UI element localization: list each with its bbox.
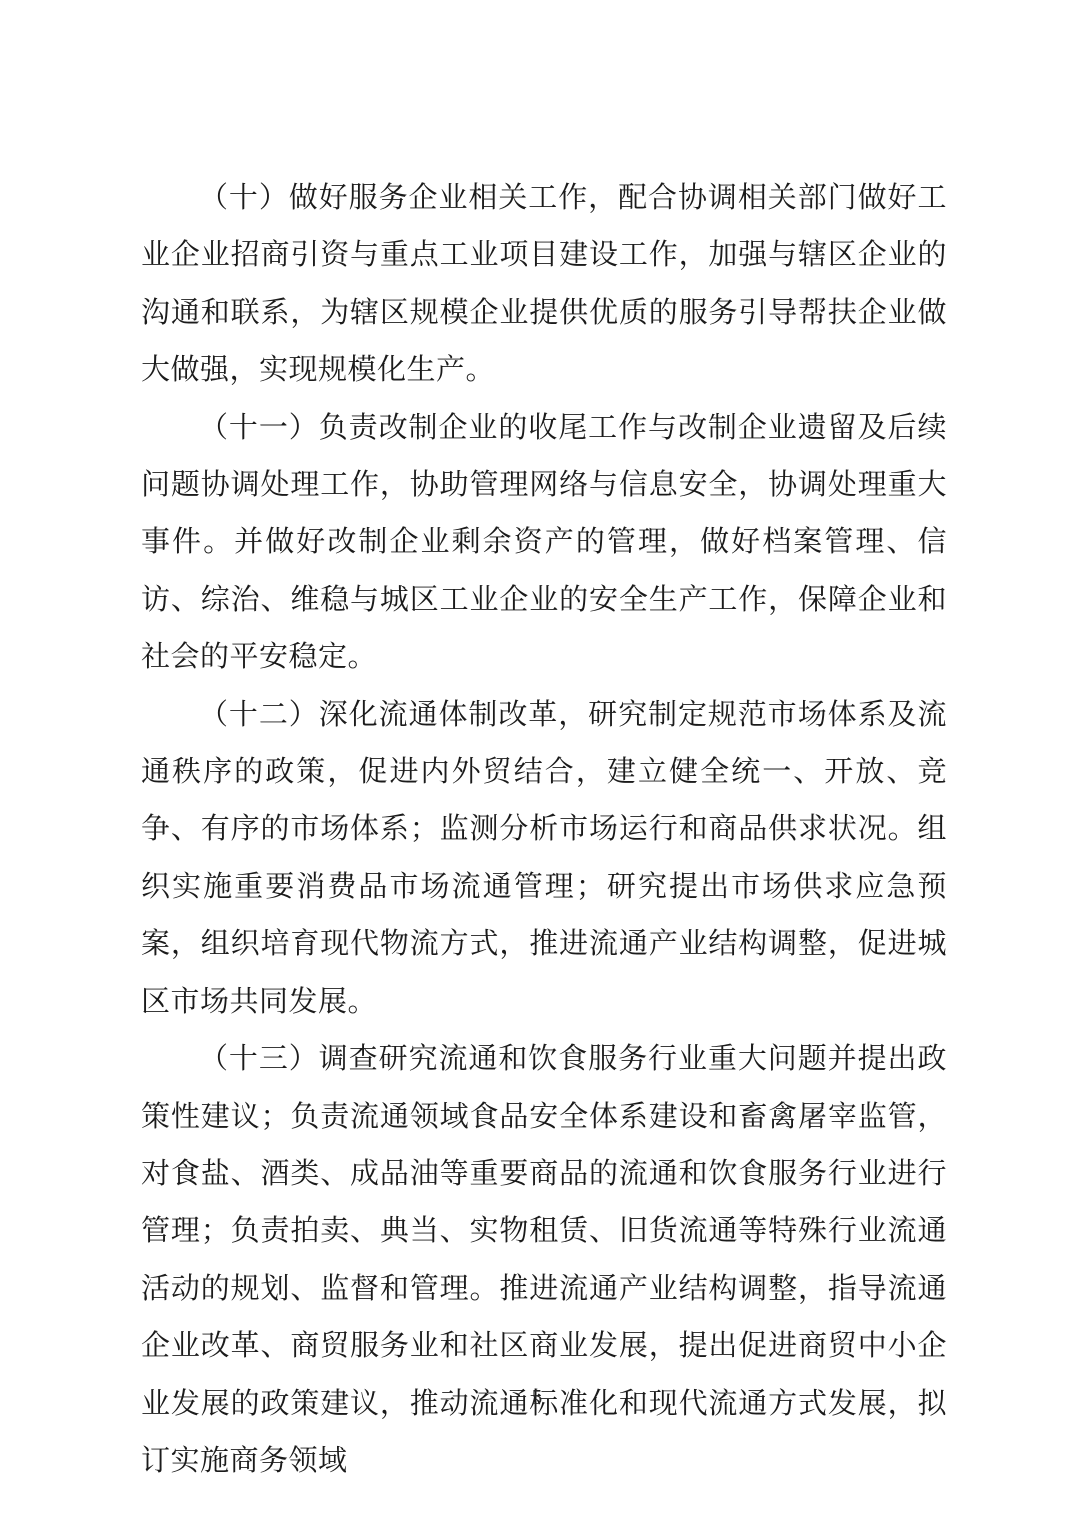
paragraph-item-10: （十）做好服务企业相关工作，配合协调相关部门做好工业企业招商引资与重点工业项目建…	[141, 170, 947, 400]
document-page: （十）做好服务企业相关工作，配合协调相关部门做好工业企业招商引资与重点工业项目建…	[0, 0, 1074, 1520]
page-number: 5	[0, 1385, 1074, 1410]
paragraph-item-13: （十三）调查研究流通和饮食服务行业重大问题并提出政策性建议；负责流通领域食品安全…	[141, 1031, 947, 1490]
page-content: （十）做好服务企业相关工作，配合协调相关部门做好工业企业招商引资与重点工业项目建…	[141, 170, 947, 1490]
paragraph-item-11: （十一）负责改制企业的收尾工作与改制企业遗留及后续问题协调处理工作，协助管理网络…	[141, 400, 947, 687]
paragraph-item-12: （十二）深化流通体制改革，研究制定规范市场体系及流通秩序的政策，促进内外贸结合，…	[141, 687, 947, 1031]
